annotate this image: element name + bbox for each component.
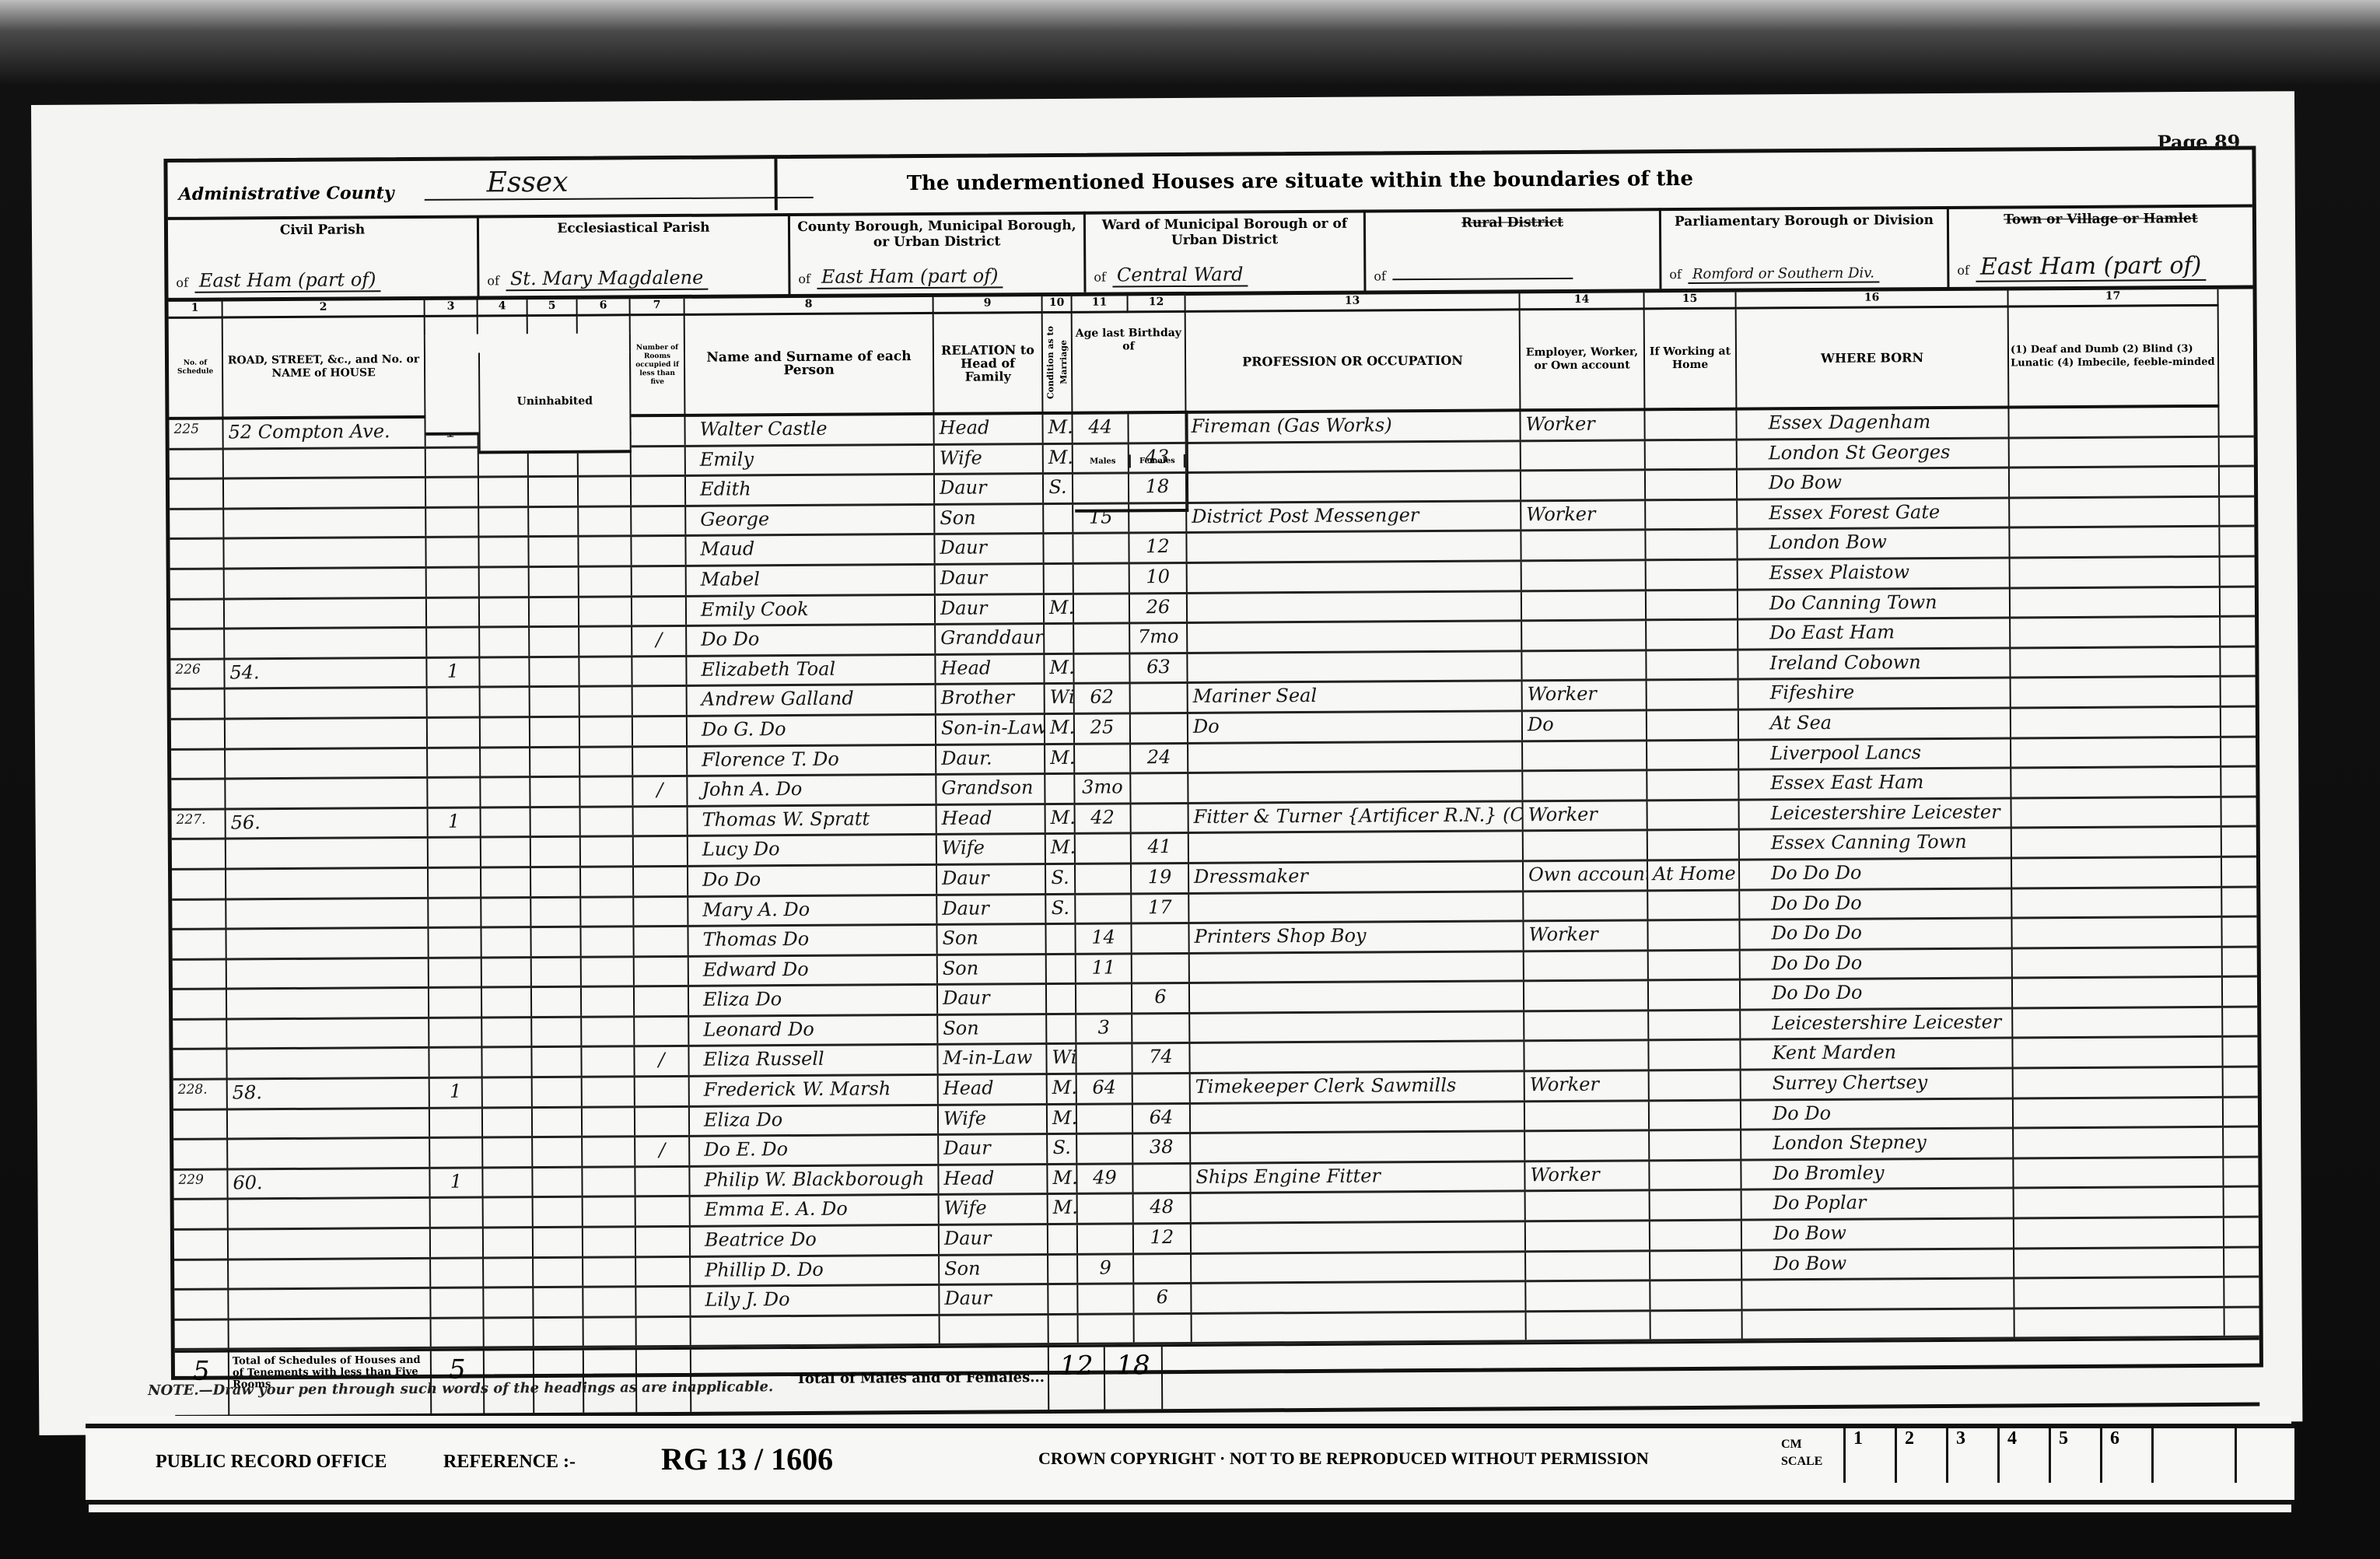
age-female bbox=[1134, 1255, 1192, 1283]
header-occupation: PROFESSION OR OCCUPATION bbox=[1186, 310, 1521, 414]
infirmity bbox=[2015, 1309, 2225, 1337]
address bbox=[228, 1139, 430, 1168]
uninhabited-group-label: Uninhabited bbox=[478, 352, 632, 454]
empty-cell bbox=[579, 657, 632, 685]
age-female: 41 bbox=[1132, 834, 1189, 862]
administrative-county: Administrative County Essex bbox=[167, 159, 777, 214]
scale-mark: 4 bbox=[1997, 1428, 2049, 1483]
schedule-number bbox=[171, 720, 226, 748]
rural-district-value bbox=[1392, 278, 1573, 280]
schedule-number bbox=[170, 600, 225, 628]
inhabited-count bbox=[431, 1289, 484, 1317]
division-rural-district: Rural District of bbox=[1366, 208, 1662, 290]
empty-cell bbox=[482, 1018, 532, 1046]
birthplace: Do Do Do bbox=[1740, 889, 2012, 919]
rooms-mark bbox=[633, 687, 688, 715]
age-female: 17 bbox=[1132, 894, 1189, 922]
age-males-label: Males bbox=[1076, 454, 1131, 468]
occupation bbox=[1191, 1133, 1525, 1162]
rooms-mark bbox=[632, 657, 687, 685]
address bbox=[229, 1319, 432, 1348]
empty-cell bbox=[534, 1258, 583, 1286]
employment-status bbox=[1526, 1282, 1650, 1311]
empty-cell bbox=[529, 538, 579, 566]
rooms-mark bbox=[635, 958, 689, 986]
age-female: 12 bbox=[1129, 534, 1187, 562]
rooms-mark bbox=[635, 1108, 690, 1136]
inhabited-count: 1 bbox=[427, 658, 480, 686]
working-at-home bbox=[1647, 741, 1739, 769]
address bbox=[224, 478, 426, 507]
occupation bbox=[1192, 1312, 1527, 1342]
inhabited-count bbox=[431, 1259, 484, 1287]
empty-cell bbox=[483, 1109, 533, 1137]
copyright-notice: CROWN COPYRIGHT · NOT TO BE REPRODUCED W… bbox=[1038, 1449, 1649, 1469]
occupation bbox=[1187, 471, 1521, 501]
age-female: 6 bbox=[1134, 1284, 1192, 1312]
working-at-home bbox=[1647, 561, 1738, 589]
birthplace: Ireland Cobown bbox=[1738, 649, 2011, 678]
age-male bbox=[1076, 864, 1132, 892]
infirmity bbox=[2012, 858, 2222, 887]
census-page: Page 89 24 Administrative County Essex T… bbox=[31, 91, 2302, 1435]
address bbox=[227, 959, 429, 988]
infirmity bbox=[2014, 1158, 2224, 1187]
address bbox=[224, 509, 426, 538]
empty-cell bbox=[579, 627, 632, 655]
age-female bbox=[1132, 1014, 1190, 1042]
header-address: ROAD, STREET, &c., and No. or NAME of HO… bbox=[223, 317, 426, 420]
infirmity bbox=[2011, 708, 2221, 737]
address bbox=[226, 929, 429, 958]
employment-status bbox=[1525, 1132, 1650, 1161]
marital-condition: Wid. bbox=[1047, 1045, 1076, 1073]
working-at-home bbox=[1650, 1221, 1742, 1249]
person-name: John A. Do bbox=[688, 776, 936, 805]
infirmity bbox=[2011, 768, 2221, 797]
division-parliamentary-borough: Parliamentary Borough or Division ofRomf… bbox=[1661, 206, 1950, 289]
working-at-home bbox=[1646, 500, 1738, 528]
address bbox=[224, 538, 426, 567]
birthplace: At Sea bbox=[1739, 709, 2011, 738]
empty-cell bbox=[485, 1319, 534, 1347]
empty-cell bbox=[482, 958, 532, 986]
occupation: District Post Messenger bbox=[1187, 502, 1521, 531]
inhabited-count bbox=[426, 448, 479, 476]
infirmity bbox=[2009, 408, 2219, 436]
relation: Son bbox=[938, 955, 1047, 983]
empty-cell bbox=[531, 868, 581, 896]
total-females: 18 bbox=[1105, 1347, 1163, 1410]
infirmity bbox=[2013, 1008, 2223, 1037]
age-male bbox=[1074, 594, 1130, 622]
occupation bbox=[1188, 742, 1523, 772]
person-name: Philip W. Blackborough bbox=[690, 1166, 939, 1196]
age-male: 49 bbox=[1077, 1165, 1133, 1193]
working-at-home bbox=[1648, 921, 1740, 949]
empty-cell bbox=[484, 1288, 534, 1316]
empty-cell bbox=[531, 808, 581, 836]
empty-cell bbox=[583, 1258, 636, 1286]
birthplace: Kent Marden bbox=[1741, 1039, 2013, 1069]
age-female: 63 bbox=[1130, 654, 1188, 682]
reference-label: REFERENCE :- bbox=[443, 1452, 576, 1473]
schedule-number: 226 bbox=[170, 660, 225, 688]
marital-condition bbox=[1049, 1316, 1079, 1344]
employment-status bbox=[1524, 892, 1648, 920]
empty-cell bbox=[483, 1138, 533, 1166]
relation: Wife bbox=[940, 1195, 1048, 1223]
schedule-number bbox=[173, 990, 227, 1018]
rooms-mark: / bbox=[633, 777, 688, 805]
person-name: Leonard Do bbox=[689, 1016, 938, 1046]
age-male bbox=[1074, 625, 1130, 653]
marital-condition: S. bbox=[1048, 1135, 1077, 1163]
birthplace: Do Do bbox=[1741, 1099, 2014, 1129]
inhabited-count bbox=[428, 688, 481, 716]
header-condition: Condition as to Marriage bbox=[1044, 315, 1071, 410]
inhabited-count bbox=[430, 1139, 483, 1167]
scale-mark: 3 bbox=[1946, 1428, 1997, 1483]
working-at-home bbox=[1649, 981, 1741, 1009]
empty-cell bbox=[583, 1198, 636, 1226]
division-ecclesiastical-parish: Ecclesiastical Parish ofSt. Mary Magdale… bbox=[479, 213, 791, 296]
empty-cell bbox=[534, 1319, 584, 1347]
birthplace: Surrey Chertsey bbox=[1741, 1070, 2014, 1099]
address: 52 Compton Ave. bbox=[223, 419, 425, 447]
age-female bbox=[1131, 774, 1188, 802]
occupation bbox=[1188, 622, 1522, 651]
relation: Daur bbox=[940, 1285, 1048, 1313]
marital-condition: M. bbox=[1043, 415, 1073, 443]
inhabited-count bbox=[428, 779, 481, 807]
infirmity bbox=[2014, 1068, 2224, 1097]
age-male: 42 bbox=[1076, 804, 1132, 832]
cm-scale: 1 2 3 4 5 6 bbox=[1843, 1428, 2237, 1483]
empty-cell bbox=[529, 507, 579, 535]
infirmity bbox=[2010, 437, 2220, 466]
employment-status bbox=[1522, 651, 1647, 680]
scale-mark: 6 bbox=[2100, 1428, 2151, 1483]
occupation: Timekeeper Clerk Sawmills bbox=[1191, 1072, 1525, 1102]
person-name: Emily bbox=[686, 446, 935, 475]
empty-cell bbox=[532, 988, 582, 1016]
schedule-number bbox=[172, 900, 226, 928]
infirmity bbox=[2011, 648, 2221, 677]
age-female: 19 bbox=[1132, 864, 1189, 892]
marital-condition: M. bbox=[1045, 655, 1074, 683]
person-name: Florence T. Do bbox=[688, 745, 936, 775]
age-female: 38 bbox=[1133, 1134, 1191, 1162]
empty-cell bbox=[529, 478, 579, 506]
schedule-number bbox=[170, 510, 224, 538]
occupation bbox=[1190, 952, 1524, 982]
inhabited-count bbox=[429, 899, 481, 927]
age-female: 26 bbox=[1130, 594, 1188, 622]
working-at-home bbox=[1646, 531, 1738, 559]
inhabited-count bbox=[429, 1049, 482, 1077]
occupation: Printers Shop Boy bbox=[1189, 922, 1524, 951]
schedule-number bbox=[171, 780, 226, 808]
person-name: Elizabeth Toal bbox=[687, 656, 936, 685]
employment-status bbox=[1521, 441, 1646, 470]
person-name: Maud bbox=[686, 535, 935, 565]
empty-cell bbox=[530, 657, 579, 685]
empty-cell bbox=[582, 1048, 635, 1076]
empty-cell bbox=[579, 538, 632, 566]
infirmity bbox=[2010, 527, 2220, 556]
marital-condition bbox=[1048, 1225, 1078, 1253]
empty-cell bbox=[580, 717, 633, 745]
administrative-county-value: Essex bbox=[424, 165, 813, 201]
rooms-mark bbox=[632, 447, 686, 475]
empty-cell bbox=[533, 1168, 583, 1196]
relation: Brother bbox=[936, 685, 1045, 713]
empty-cell bbox=[530, 568, 579, 596]
occupation bbox=[1190, 1012, 1524, 1042]
birthplace: Do Do Do bbox=[1741, 979, 2013, 1009]
address: 54. bbox=[225, 659, 427, 688]
age-male bbox=[1073, 534, 1129, 562]
schedule-number bbox=[173, 1110, 228, 1138]
empty-cell bbox=[534, 1228, 583, 1256]
employment-status: Worker bbox=[1523, 681, 1647, 710]
employment-status bbox=[1522, 591, 1647, 620]
relation: Wife bbox=[939, 1105, 1048, 1133]
rooms-mark bbox=[634, 927, 688, 955]
infirmity bbox=[2014, 1278, 2224, 1307]
rooms-mark bbox=[634, 897, 688, 925]
inhabited-count bbox=[429, 929, 481, 957]
address bbox=[227, 1049, 429, 1077]
address bbox=[225, 629, 427, 657]
working-at-home bbox=[1650, 1281, 1742, 1309]
occupation bbox=[1187, 442, 1521, 471]
empty-cell bbox=[580, 748, 633, 776]
inhabited-count: 1 bbox=[429, 808, 481, 836]
address bbox=[229, 1259, 431, 1288]
empty-cell bbox=[483, 1168, 533, 1196]
birthplace: Fifeshire bbox=[1739, 679, 2011, 709]
address bbox=[224, 449, 426, 478]
age-male bbox=[1078, 1195, 1134, 1223]
marital-condition: S. bbox=[1044, 475, 1073, 503]
empty-cell bbox=[530, 597, 579, 625]
inhabited-count bbox=[426, 508, 479, 536]
marital-condition: M. bbox=[1044, 444, 1073, 472]
inhabited-count bbox=[432, 1319, 485, 1347]
schedule-number bbox=[172, 870, 226, 898]
record-office-label: PUBLIC RECORD OFFICE bbox=[156, 1452, 387, 1473]
parliamentary-borough-value: Romford or Southern Div. bbox=[1688, 265, 1879, 284]
age-male: 64 bbox=[1077, 1074, 1133, 1102]
age-male bbox=[1076, 835, 1132, 863]
marital-condition bbox=[1044, 534, 1073, 562]
occupation bbox=[1192, 1193, 1526, 1222]
empty-cell bbox=[531, 928, 581, 956]
infirmity bbox=[2014, 1218, 2224, 1247]
working-at-home: At Home bbox=[1648, 861, 1740, 889]
person-name: Do E. Do bbox=[690, 1136, 939, 1165]
empty-cell bbox=[484, 1259, 534, 1287]
address bbox=[226, 839, 429, 867]
empty-cell bbox=[581, 898, 634, 926]
empty-cell bbox=[532, 1018, 582, 1046]
occupation: Do bbox=[1188, 712, 1523, 741]
census-form: Administrative County Essex The undermen… bbox=[163, 146, 2263, 1380]
inhabited-count bbox=[427, 568, 480, 596]
empty-cell bbox=[583, 1287, 636, 1316]
relation: Son bbox=[937, 925, 1046, 953]
relation: Head bbox=[939, 1075, 1048, 1103]
schedule-number bbox=[171, 750, 226, 778]
infirmity bbox=[2014, 1128, 2224, 1157]
age-male: 62 bbox=[1075, 685, 1131, 713]
rooms-mark bbox=[634, 837, 688, 865]
empty-cell bbox=[479, 478, 529, 506]
working-at-home bbox=[1650, 1131, 1741, 1159]
address bbox=[226, 719, 428, 748]
empty-cell bbox=[481, 838, 531, 866]
address bbox=[226, 869, 429, 898]
empty-cell bbox=[482, 1049, 532, 1077]
birthplace: Do Bow bbox=[1738, 469, 2010, 499]
employment-status bbox=[1525, 1102, 1650, 1130]
schedule-number bbox=[170, 480, 224, 508]
person-rows: 22552 Compton Ave.1Walter CastleHeadM.44… bbox=[169, 408, 2259, 1351]
schedule-number bbox=[172, 930, 226, 958]
header-name: Name and Surname of each Person bbox=[685, 314, 935, 417]
empty-cell bbox=[481, 928, 531, 956]
person-name: Phillip D. Do bbox=[691, 1256, 940, 1286]
empty-cell bbox=[481, 748, 530, 776]
birthplace: Do Bromley bbox=[1741, 1159, 2014, 1189]
employment-status: Own account bbox=[1524, 861, 1648, 890]
working-at-home bbox=[1647, 681, 1739, 709]
birthplace: London Bow bbox=[1738, 529, 2010, 559]
empty-cell bbox=[582, 988, 635, 1016]
address bbox=[227, 989, 429, 1018]
schedule-number bbox=[173, 1050, 227, 1078]
marital-condition: S. bbox=[1046, 895, 1076, 923]
empty-cell bbox=[481, 778, 530, 806]
working-at-home bbox=[1650, 1101, 1741, 1129]
age-male bbox=[1077, 1135, 1133, 1163]
employment-status: Worker bbox=[1525, 1071, 1650, 1100]
age-female bbox=[1132, 955, 1190, 983]
age-female bbox=[1135, 1315, 1192, 1343]
rooms-mark bbox=[632, 507, 686, 535]
cm-scale-label: CM SCALE bbox=[1781, 1436, 1836, 1470]
marital-condition bbox=[1044, 505, 1073, 533]
empty-cell bbox=[582, 958, 635, 986]
ward-value: Central Ward bbox=[1112, 263, 1248, 287]
household-table: 1 2 3 4 5 6 7 8 9 10 11 12 13 14 15 16 1… bbox=[169, 289, 2260, 1420]
person-name: Edith bbox=[686, 475, 935, 505]
birthplace: Essex Dagenham bbox=[1737, 408, 2009, 438]
occupation bbox=[1188, 592, 1522, 622]
relation: Head bbox=[934, 415, 1043, 443]
employment-status bbox=[1526, 1252, 1650, 1280]
infirmity bbox=[2012, 888, 2222, 916]
marital-condition bbox=[1047, 1015, 1076, 1043]
employment-status bbox=[1521, 471, 1646, 500]
employment-status bbox=[1527, 1312, 1651, 1340]
age-male: 9 bbox=[1078, 1255, 1134, 1283]
birthplace: Essex Canning Town bbox=[1740, 829, 2012, 859]
rooms-mark bbox=[635, 1018, 689, 1046]
rooms-mark bbox=[633, 747, 688, 775]
empty-cell bbox=[484, 1199, 534, 1227]
marital-condition bbox=[1047, 985, 1076, 1013]
schedule-number bbox=[170, 630, 225, 658]
birthplace: Leicestershire Leicester bbox=[1740, 799, 2012, 829]
age-female: 7mo bbox=[1130, 624, 1188, 652]
age-female bbox=[1131, 714, 1188, 742]
total-males: 12 bbox=[1049, 1347, 1105, 1410]
employment-status bbox=[1523, 741, 1647, 770]
relation: Wife bbox=[935, 445, 1044, 473]
marital-condition: Widr. bbox=[1045, 685, 1075, 713]
totals-row: 5 Total of Schedules of Houses and of Te… bbox=[175, 1338, 2259, 1419]
empty-cell bbox=[582, 1018, 635, 1046]
person-name: Thomas Do bbox=[688, 926, 937, 955]
marital-condition: M. bbox=[1046, 835, 1076, 863]
rooms-mark bbox=[632, 477, 686, 505]
schedule-number bbox=[171, 690, 226, 718]
birthplace: Leicestershire Leicester bbox=[1741, 1009, 2013, 1039]
age-male: 3mo bbox=[1075, 775, 1131, 803]
person-name: Frederick W. Marsh bbox=[690, 1076, 939, 1105]
employment-status bbox=[1522, 561, 1647, 590]
rooms-mark: / bbox=[635, 1047, 689, 1075]
occupation: Dressmaker bbox=[1189, 862, 1524, 892]
working-at-home bbox=[1648, 831, 1740, 859]
employment-status bbox=[1523, 771, 1647, 800]
schedule-number bbox=[173, 1140, 228, 1168]
rooms-mark bbox=[635, 1168, 690, 1196]
archive-reference-strip: PUBLIC RECORD OFFICE REFERENCE :- RG 13 … bbox=[86, 1424, 2294, 1505]
age-male: 25 bbox=[1075, 714, 1131, 742]
schedule-number bbox=[174, 1200, 229, 1228]
rooms-mark bbox=[632, 567, 687, 595]
age-subheaders: Males Females bbox=[1074, 411, 1188, 513]
age-female: 74 bbox=[1132, 1044, 1190, 1072]
person-name: Emily Cook bbox=[687, 595, 936, 625]
ecclesiastical-parish-value: St. Mary Magdalene bbox=[506, 267, 709, 292]
address: 56. bbox=[226, 809, 429, 838]
empty-cell bbox=[531, 838, 581, 866]
person-name: Edward Do bbox=[689, 956, 938, 986]
age-female: 10 bbox=[1130, 564, 1188, 592]
age-female bbox=[1132, 804, 1189, 832]
empty-cell bbox=[531, 898, 581, 926]
age-male bbox=[1076, 1045, 1132, 1073]
working-at-home bbox=[1650, 1251, 1742, 1279]
infirmity bbox=[2014, 1188, 2224, 1217]
marital-condition: M. bbox=[1048, 1195, 1078, 1223]
rooms-mark bbox=[631, 417, 685, 445]
relation: Son bbox=[935, 505, 1044, 533]
occupation bbox=[1190, 983, 1524, 1012]
empty-cell bbox=[583, 1077, 635, 1105]
relation: Daur. bbox=[936, 745, 1045, 773]
address: 60. bbox=[228, 1169, 430, 1198]
rooms-mark bbox=[634, 867, 688, 895]
empty-cell bbox=[481, 868, 531, 896]
age-male: 3 bbox=[1076, 1014, 1132, 1042]
inhabited-count bbox=[429, 989, 482, 1017]
